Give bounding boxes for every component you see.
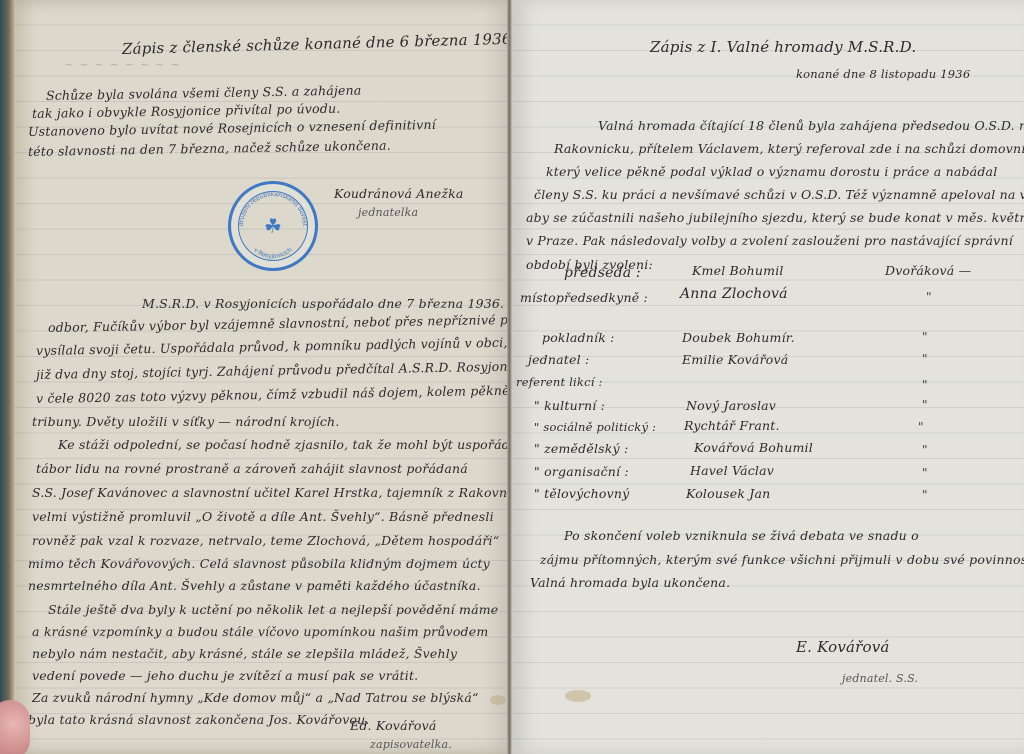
ditto-mark: " — [922, 443, 928, 457]
stamp-text-ring: Sdružení republikánského dorostu v Rosyj… — [231, 184, 315, 268]
left-page: Zápis z členské schůze konané dne 6 břez… — [14, 0, 508, 754]
svg-text:Sdružení republikánského doros: Sdružení republikánského dorostu — [231, 184, 308, 227]
right-intro-line-2: Rakovnicku, přítelem Václavem, který ref… — [554, 141, 1024, 156]
right-closing-line-1: Po skončení voleb vzniknula se živá deba… — [564, 528, 919, 543]
left-p3-line-2: a krásné vzpomínky a budou stále víčovo … — [32, 624, 488, 639]
officer-name-jednatel: Emilie Kovářová — [682, 352, 788, 367]
officer-name-mistopredsedkyne: Anna Zlochová — [680, 286, 788, 302]
ditto-mark: " — [922, 466, 928, 480]
left-top-line-2: tak jako i obvykle Rosyjonice přivítal p… — [32, 101, 341, 121]
left-p1-line-5: tribuny. Dvěty uložili v síťky — národní… — [32, 414, 339, 429]
ditto-mark: " — [918, 420, 924, 434]
officer-role-mistopredsedkyne: místopředsedkyně : — [520, 290, 648, 305]
ditto-mark: " — [922, 398, 928, 412]
open-notebook: Zápis z členské schůze konané dne 6 břez… — [0, 0, 1024, 754]
officer-role-telovychovny: " tělovýchovný — [534, 486, 629, 501]
officer-name-zemedelsky: Kovářová Bohumil — [694, 440, 813, 455]
ink-smudge: ~~~~~~~~ — [64, 58, 186, 71]
paper-stain — [565, 690, 591, 702]
officer-role-pokladnik: pokladník : — [542, 330, 615, 345]
left-p3-line-6: byla tato krásná slavnost zakončena Jos.… — [28, 712, 370, 727]
left-p3-line-3: nebylo nám nestačit, aby krásné, stále s… — [32, 646, 457, 661]
left-p3-line-1: Stále ještě dva byly k uctění po několik… — [48, 602, 498, 617]
right-intro-line-3: který velice pěkně podal výklad o význam… — [546, 164, 997, 179]
officer-role-referent-group: referent likcí : — [516, 375, 603, 389]
left-p1-line-2: vysílala svoji četu. Uspořádala průvod, … — [36, 334, 508, 358]
officer-name-pokladnik: Doubek Bohumír. — [682, 330, 795, 345]
left-p3-line-5: Za zvuků národní hymny „Kde domov můj“ a… — [32, 690, 479, 705]
right-closing-line-3: Valná hromada byla ukončena. — [530, 575, 730, 590]
right-page: Zápis z I. Valné hromady M.S.R.D. konané… — [512, 0, 1024, 754]
left-p2-line-5: rovněž pak vzal k rozvaze, netrvalo, tem… — [32, 533, 499, 548]
left-main-heading: M.S.R.D. v Rosyjonicích uspořádalo dne 7… — [142, 296, 508, 311]
right-intro-line-1: Valná hromada čítající 18 členů byla zah… — [598, 118, 1024, 133]
left-top-line-3: Ustanoveno bylo uvítat nové Rosejnicích … — [28, 117, 436, 139]
officer-name-kulturni: Nový Jaroslav — [686, 398, 776, 413]
officer-role-jednatel: jednatel : — [528, 352, 589, 367]
officer-role-zemedelsky: " zemědělský : — [534, 441, 628, 456]
officer-name-predseda: Kmel Bohumil — [692, 263, 784, 278]
ditto-mark: " — [922, 378, 928, 392]
paper-stain — [490, 695, 506, 705]
officer-name-organisacni: Havel Václav — [690, 463, 774, 478]
ditto-mark: " — [926, 290, 932, 304]
left-p2-line-3: S.S. Josef Kavánovec a slavnostní učitel… — [32, 485, 508, 500]
right-heading: Zápis z I. Valné hromady M.S.R.D. — [650, 38, 916, 56]
officer-role-socialne-politicky: " sociálně politický : — [534, 420, 656, 434]
right-intro-line-4: členy S.S. ku práci a nevšímavé schůzi v… — [534, 187, 1024, 202]
official-stamp: Sdružení republikánského dorostu v Rosyj… — [228, 181, 318, 271]
left-top-signature-name: Koudránová Anežka — [334, 186, 464, 201]
left-p2-line-7: nesmrtelného díla Ant. Švehly a zůstane … — [28, 578, 481, 593]
ditto-mark: " — [922, 488, 928, 502]
left-top-heading: Zápis z členské schůze konané dne 6 břez… — [122, 30, 508, 58]
right-intro-line-6: v Praze. Pak následovaly volby a zvolení… — [526, 233, 1013, 248]
left-main-signature-role: zapisovatelka. — [370, 738, 452, 751]
ditto-mark: " — [922, 352, 928, 366]
right-intro-line-5: aby se zúčastnili našeho jubilejního sje… — [526, 210, 1024, 225]
left-main-signature-name: Ed. Kovářová — [350, 718, 437, 733]
right-signature-name: E. Kovářová — [796, 638, 890, 656]
notebook-cover-edge — [0, 0, 14, 754]
left-top-line-4: této slavnosti na den 7 března, načež sc… — [28, 138, 391, 159]
right-date: konané dne 8 listopadu 1936 — [796, 67, 970, 81]
thumb — [0, 700, 30, 754]
left-p2-line-6: mimo těch Kovářovových. Celá slavnost pů… — [28, 556, 490, 571]
left-p2-line-2: tábor lidu na rovné prostraně a zároveň … — [36, 461, 468, 476]
officer-role-organisacni: " organisační : — [534, 464, 629, 479]
left-p2-line-1: Ke stáži odpolední, se počasí hodně zjas… — [58, 437, 508, 452]
officer-role-predseda: předseda : — [564, 265, 641, 281]
left-top-signature-role: jednatelka — [358, 206, 418, 219]
left-top-line-1: Schůze byla svolána všemi členy S.S. a z… — [46, 82, 362, 103]
left-p2-line-4: velmi výstižně promluvil „O životě a díl… — [32, 509, 494, 524]
left-p3-line-4: vedení povede — jeho duchu je zvítězí a … — [32, 668, 418, 683]
right-closing-line-2: zájmu přítomných, kterým své funkce všic… — [540, 552, 1024, 567]
right-signature-role: jednatel. S.S. — [842, 672, 918, 685]
svg-text:v Rosyjonicích: v Rosyjonicích — [252, 246, 294, 260]
left-p1-line-3: již dva dny stoj, stojíci tyrj. Zahájení… — [36, 358, 508, 382]
officer-role-kulturni: " kulturní : — [534, 398, 605, 413]
left-p1-line-1: odbor, Fučíkův výbor byl vzájemně slavno… — [48, 311, 508, 335]
officer-name-telovychovny: Kolousek Jan — [686, 486, 770, 501]
officer-extra-predseda: Dvořáková — — [885, 263, 971, 278]
officer-name-socialne-politicky: Rychtář Frant. — [684, 418, 780, 433]
ditto-mark: " — [922, 330, 928, 344]
left-p1-line-4: v čele 8020 zas toto výzvy pěknou, čímž … — [36, 382, 508, 406]
